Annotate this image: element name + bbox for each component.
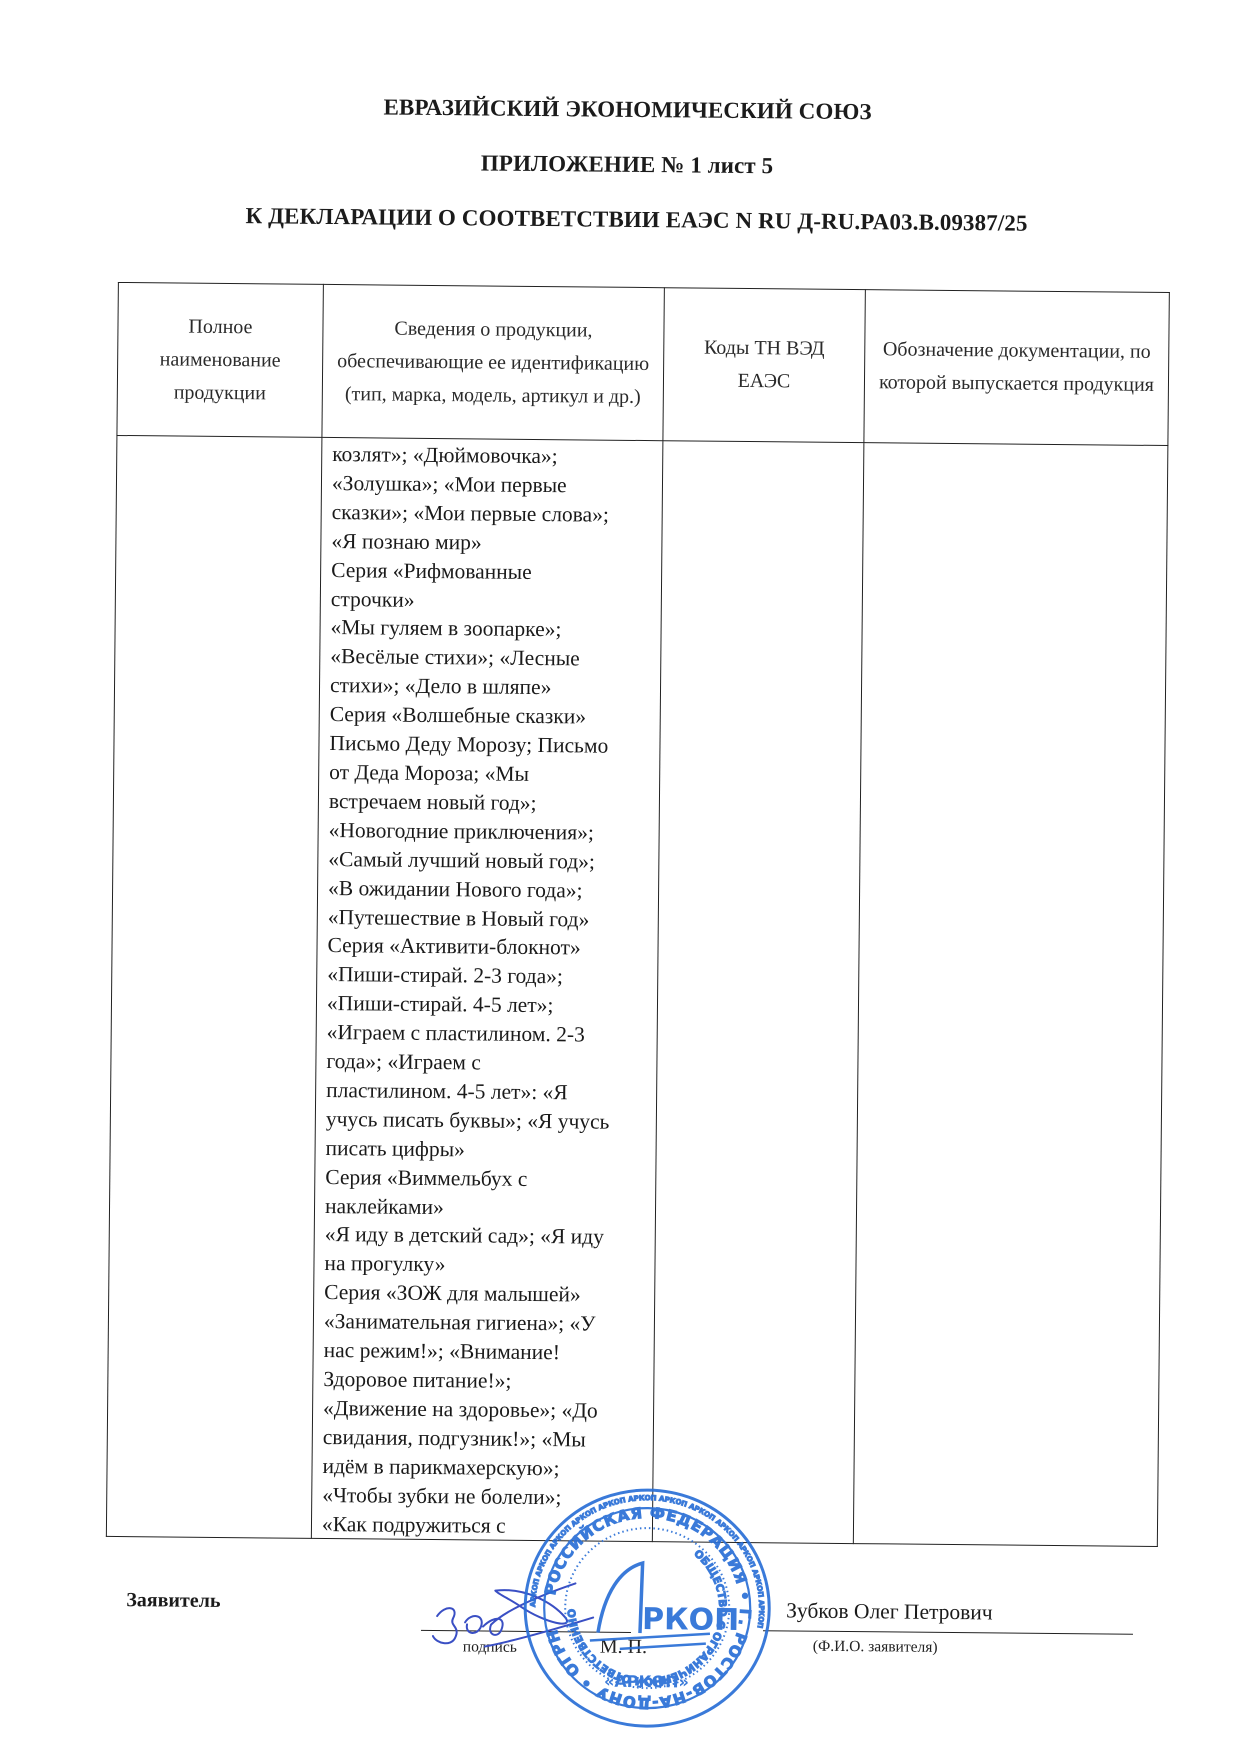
column-header-label: Обозначение документации, по которой вып… [865,333,1169,402]
product-info-line: «Занимательная гигиена»; «У [324,1307,654,1339]
product-info-line: «Весёлые стихи»; «Лесные [330,642,660,674]
product-info-line: строчки» [331,585,661,617]
product-table: Полное наименование продукции Сведения о… [106,282,1170,1547]
table-header-row: Полное наименование продукции Сведения о… [117,282,1169,445]
product-info-list: козлят»; «Дюймовочка»;«Золушка»; «Мои пе… [312,438,663,1542]
product-info-line: сказки»; «Мои первые слова»; [332,498,662,530]
column-header-label: Коды ТН ВЭД ЕАЭС [664,331,865,399]
product-info-line: Серия «Волшебные сказки» [330,700,660,732]
product-info-line: Здоровое питание!»; [323,1365,653,1397]
product-info-line: Серия «Рифмованные [331,556,661,588]
product-info-line: «Я познаю мир» [331,527,661,559]
declaration-page: ЕВРАЗИЙСКИЙ ЭКОНОМИЧЕСКИЙ СОЮЗ ПРИЛОЖЕНИ… [0,0,1240,1754]
stamp-bottom-text: «АРКОП» [604,1672,689,1692]
column-header-full-name: Полное наименование продукции [117,282,323,437]
product-info-line: «Путешествие в Новый год» [328,903,658,935]
product-info-line: «Играем с пластилином. 2-3 [327,1018,657,1050]
cell-product-info: козлят»; «Дюймовочка»;«Золушка»; «Мои пе… [311,437,663,1542]
column-header-documentation: Обозначение документации, по которой вып… [864,290,1169,446]
product-info-line: «Пиши-стирай. 2-3 года»; [327,960,657,992]
product-info-line: учусь писать буквы»; «Я учусь [326,1105,656,1137]
column-header-label: Полное наименование продукции [118,309,323,410]
product-info-line: свидания, подгузник!»; «Мы [323,1423,653,1455]
applicant-label: Заявитель [126,1589,220,1613]
name-line [763,1630,1133,1635]
company-seal-stamp: АРКОП АРКОП АРКОП АРКОП АРКОП АРКОП АРКО… [519,1482,776,1734]
product-info-line: «Я иду в детский сад»; «Я иду [325,1220,655,1252]
product-info-line: «В ожидании Нового года»; [328,874,658,906]
product-info-line: Серия «Виммельбух с [325,1163,655,1195]
product-info-line: стихи»; «Дело в шляпе» [330,671,660,703]
product-info-line: «Новогодние приключения»; [329,816,659,848]
appendix-title: ПРИЛОЖЕНИЕ № 1 лист 5 [7,146,1240,184]
product-info-line: года»; «Играем с [326,1047,656,1079]
product-info-line: пластилином. 4-5 лет»: «Я [326,1076,656,1108]
product-info-line: «Золушка»; «Мои первые [332,469,662,501]
product-info-line: идём в парикмахерскую»; [322,1452,652,1484]
product-info-line: «Движение на здоровье»; «До [323,1394,653,1426]
cell-tn-ved-codes [652,441,864,1544]
column-header-tn-ved-codes: Коды ТН ВЭД ЕАЭС [663,288,865,443]
product-info-line: Серия «ЗОЖ для малышей» [324,1278,654,1310]
stamp-logo-text: РКОП [642,1602,739,1638]
column-header-product-info: Сведения о продукции, обеспечивающие ее … [322,284,664,440]
product-info-line: от Деда Мороза; «Мы [329,758,659,790]
product-info-line: «Самый лучший новый год»; [328,845,658,877]
product-info-line: «Мы гуляем в зоопарке»; [330,613,660,645]
product-info-line: козлят»; «Дюймовочка»; [332,440,662,472]
cell-documentation [853,443,1168,1547]
applicant-name: Зубков Олег Петрович [786,1598,993,1625]
product-info-line: писать цифры» [325,1134,655,1166]
table-row: козлят»; «Дюймовочка»;«Золушка»; «Мои пе… [106,435,1168,1546]
column-header-label: Сведения о продукции, обеспечивающие ее … [323,311,664,413]
product-info-line: Письмо Деду Морозу; Письмо [329,729,659,761]
product-info-line: нас режим!»; «Внимание! [324,1336,654,1368]
cell-full-name [106,435,322,1538]
declaration-number-title: К ДЕКЛАРАЦИИ О СООТВЕТСТВИИ ЕАЭС N RU Д-… [16,201,1240,239]
product-info-line: на прогулку» [324,1249,654,1281]
product-info-line: наклейками» [325,1192,655,1224]
name-caption: (Ф.И.О. заявителя) [813,1638,938,1657]
product-info-line: Серия «Активити-блокнот» [327,931,657,963]
product-info-line: встречаем новый год»; [329,787,659,819]
product-info-line: «Пиши-стирай. 4-5 лет»; [327,989,657,1021]
union-title: ЕВРАЗИЙСКИЙ ЭКОНОМИЧЕСКИЙ СОЮЗ [7,91,1240,129]
